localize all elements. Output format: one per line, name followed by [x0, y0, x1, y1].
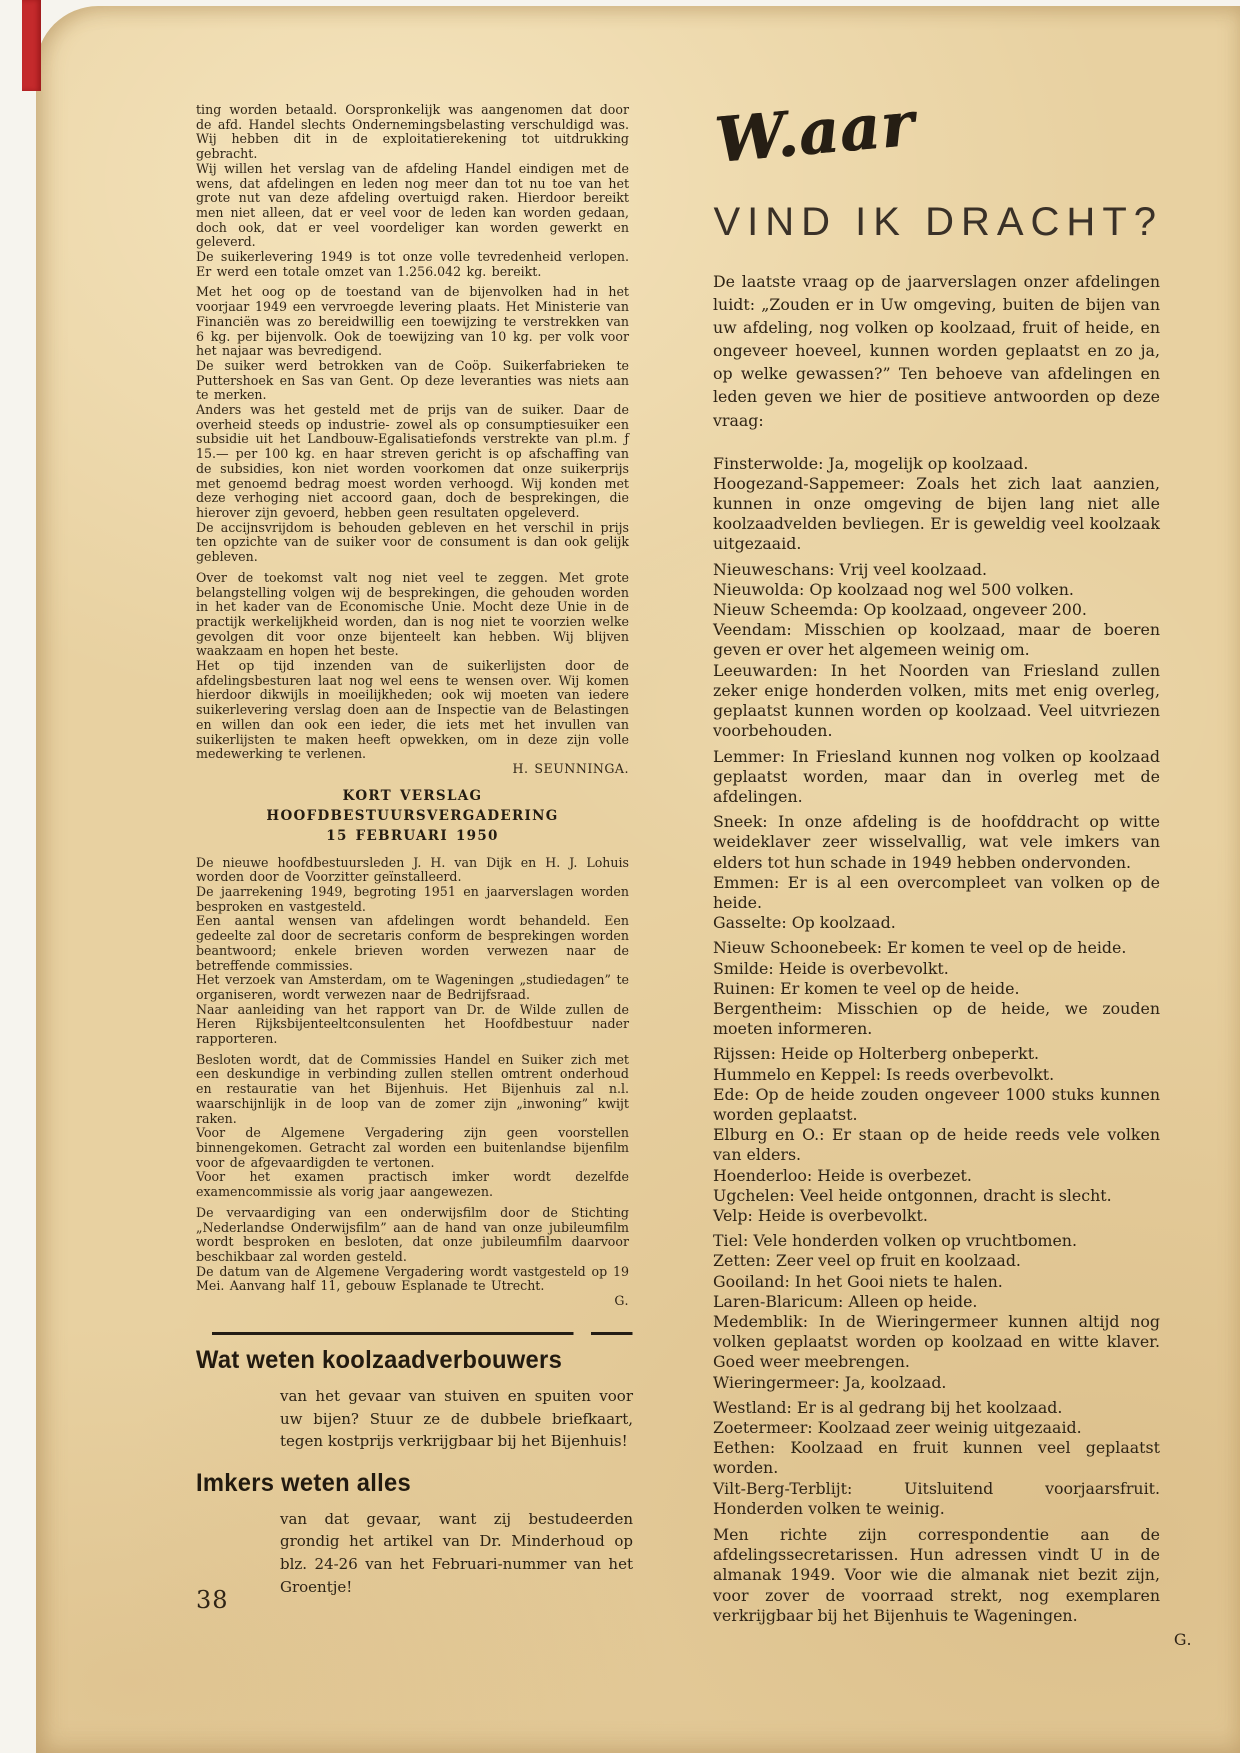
notice-heading: Imkers weten alles — [196, 1469, 611, 1498]
list-item: Vilt-Berg-Terblijt: Uitsluitend voorjaar… — [713, 1479, 1160, 1519]
paragraph: Het op tijd inzenden van de suikerlijste… — [196, 659, 629, 762]
list-item: Emmen: Er is al een overcompleet van vol… — [713, 873, 1160, 913]
section-heading: KORT VERSLAG HOOFDBESTUURSVERGADERING 15… — [196, 786, 629, 846]
paragraph: Een aantal wensen van afdelingen wordt b… — [196, 914, 629, 973]
headline-script-word: W.aar — [713, 93, 917, 172]
list-item: Wieringermeer: Ja, koolzaad. — [713, 1373, 1160, 1393]
paragraph: De vervaardiging van een onderwijsfilm d… — [196, 1206, 629, 1265]
list-item: Ugchelen: Veel heide ontgonnen, dracht i… — [713, 1186, 1160, 1206]
list-item: Lemmer: In Friesland kunnen nog volken o… — [713, 747, 1160, 808]
list-item: Hoogezand-Sappemeer: Zoals het zich laat… — [713, 474, 1160, 555]
report-signature: H. SEUNNINGA. — [196, 762, 629, 777]
list-item: Westland: Er is al gedrang bij het koolz… — [713, 1398, 1160, 1418]
list-item: Leeuwarden: In het Noorden van Friesland… — [713, 661, 1160, 742]
paragraph: De jaarrekening 1949, begroting 1951 en … — [196, 885, 629, 914]
paragraph: De accijnsvrijdom is behouden gebleven e… — [196, 521, 629, 565]
list-item: Nieuweschans: Vrij veel koolzaad. — [713, 560, 1160, 580]
list-item: Bergentheim: Misschien op de heide, we z… — [713, 999, 1160, 1039]
meeting-signature: G. — [196, 1294, 629, 1309]
paragraph: Naar aanleiding van het rapport van Dr. … — [196, 1003, 629, 1047]
paragraph: Wij willen het verslag van de afdeling H… — [196, 162, 629, 250]
list-item: Ruinen: Er komen te veel op de heide. — [713, 979, 1160, 999]
section-heading-line2: 15 FEBRUARI 1950 — [196, 826, 629, 846]
list-item: Elburg en O.: Er staan op de heide reeds… — [713, 1125, 1160, 1165]
list-item: Tiel: Vele honderden volken op vruchtbom… — [713, 1231, 1160, 1251]
paragraph: De nieuwe hoofdbestuursleden J. H. van D… — [196, 856, 629, 885]
list-item: Gooiland: In het Gooi niets te halen. — [713, 1272, 1160, 1292]
list-item: Sneek: In onze afdeling is de hoofddrach… — [713, 812, 1160, 873]
paragraph: Het verzoek van Amsterdam, om te Wagenin… — [196, 973, 629, 1002]
notices-block: Wat weten koolzaadverbouwers van het gev… — [196, 1346, 633, 1614]
paragraph: Over de toekomst valt nog niet veel te z… — [196, 571, 629, 659]
list-item: Laren-Blaricum: Alleen op heide. — [713, 1292, 1160, 1312]
headline-caps-title: VIND IK DRACHT? — [713, 199, 1163, 245]
notice-body: van dat gevaar, want zij bestudeerden gr… — [280, 1508, 633, 1598]
list-item: Rijssen: Heide op Holterberg onbeperkt. — [713, 1044, 1160, 1064]
red-bookmark-marker — [22, 0, 41, 91]
paragraph: De suiker werd betrokken van de Coöp. Su… — [196, 359, 629, 403]
section-divider — [212, 1332, 650, 1335]
page-number: 38 — [196, 1586, 229, 1614]
list-item: Zoetermeer: Koolzaad zeer weinig uitgeza… — [713, 1418, 1160, 1438]
section-heading-line1: KORT VERSLAG HOOFDBESTUURSVERGADERING — [196, 786, 629, 826]
list-item: Hummelo en Keppel: Is reeds overbevolkt. — [713, 1065, 1160, 1085]
paragraph: ting worden betaald. Oorspronkelijk was … — [196, 103, 629, 162]
list-item: Ede: Op de heide zouden ongeveer 1000 st… — [713, 1085, 1160, 1125]
list-item: Nieuwolda: Op koolzaad nog wel 500 volke… — [713, 580, 1160, 600]
list-item: Veendam: Misschien op koolzaad, maar de … — [713, 620, 1160, 660]
paragraph: Met het oog op de toestand van de bijenv… — [196, 285, 629, 359]
closing-paragraph: Men richte zijn correspondentie aan de a… — [713, 1525, 1160, 1626]
right-column: De laatste vraag op de jaarverslagen onz… — [713, 270, 1160, 1650]
paragraph: Anders was het gesteld met de prijs van … — [196, 403, 629, 521]
paragraph: Voor het examen practisch imker wordt de… — [196, 1170, 629, 1199]
list-item: Nieuw Scheemda: Op koolzaad, ongeveer 20… — [713, 600, 1160, 620]
list-item: Gasselte: Op koolzaad. — [713, 913, 1160, 933]
paragraph: Voor de Algemene Vergadering zijn geen v… — [196, 1126, 629, 1170]
article-signature: G. — [713, 1630, 1192, 1650]
notice-heading: Wat weten koolzaadverbouwers — [196, 1346, 611, 1375]
list-item: Hoenderloo: Heide is overbezet. — [713, 1166, 1160, 1186]
notice-body: van het gevaar van stuiven en spuiten vo… — [280, 1385, 633, 1453]
paragraph: De suikerlevering 1949 is tot onze volle… — [196, 250, 629, 279]
paragraph: De datum van de Algemene Vergadering wor… — [196, 1265, 629, 1294]
magazine-page: ting worden betaald. Oorspronkelijk was … — [36, 6, 1240, 1753]
list-item: Finsterwolde: Ja, mogelijk op koolzaad. — [713, 454, 1160, 474]
list-item: Zetten: Zeer veel op fruit en koolzaad. — [713, 1251, 1160, 1271]
article-intro: De laatste vraag op de jaarverslagen onz… — [713, 270, 1160, 432]
list-item: Medemblik: In de Wieringermeer kunnen al… — [713, 1312, 1160, 1373]
paragraph: Besloten wordt, dat de Commissies Handel… — [196, 1053, 629, 1127]
left-column: ting worden betaald. Oorspronkelijk was … — [196, 103, 629, 1309]
list-item: Velp: Heide is overbevolkt. — [713, 1206, 1160, 1226]
list-item: Eethen: Koolzaad en fruit kunnen veel ge… — [713, 1438, 1160, 1478]
list-item: Smilde: Heide is overbevolkt. — [713, 959, 1160, 979]
list-item: Nieuw Schoonebeek: Er komen te veel op d… — [713, 938, 1160, 958]
